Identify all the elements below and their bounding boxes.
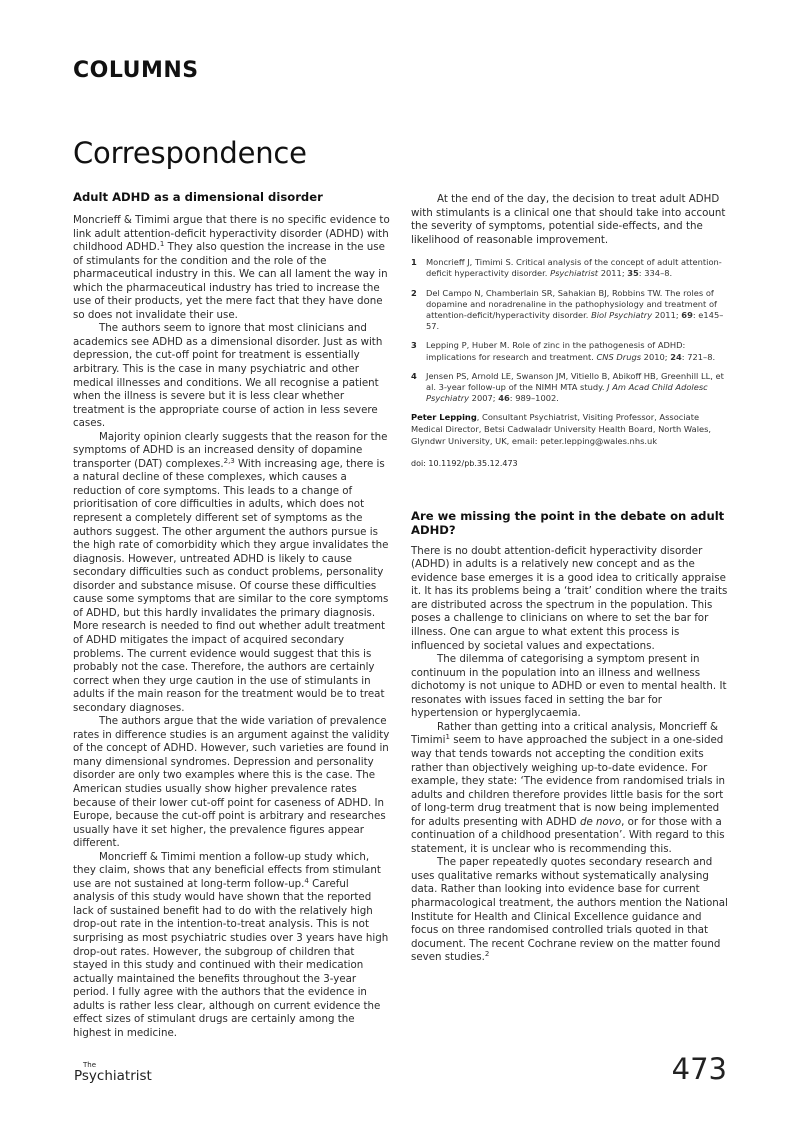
paragraph: Moncrieff & Timimi argue that there is n… <box>73 214 391 322</box>
reference-list: 1Moncrieff J, Timimi S. Critical analysi… <box>411 257 729 404</box>
logo-small-text: The <box>83 1061 96 1069</box>
paragraph: The authors argue that the wide variatio… <box>73 715 391 850</box>
paragraph: Rather than getting into a critical anal… <box>411 721 729 856</box>
paragraph: The paper repeatedly quotes secondary re… <box>411 856 729 964</box>
paragraph: Moncrieff & Timimi mention a follow-up s… <box>73 851 391 1041</box>
paragraph: At the end of the day, the decision to t… <box>411 193 729 247</box>
article-title: Are we missing the point in the debate o… <box>411 509 729 537</box>
paragraph: The authors seem to ignore that most cli… <box>73 322 391 430</box>
article-title: Adult ADHD as a dimensional disorder <box>73 190 391 204</box>
right-column: At the end of the day, the decision to t… <box>411 193 729 965</box>
article-separator <box>411 471 729 509</box>
paragraph: There is no doubt attention-deficit hype… <box>411 545 729 653</box>
reference-item: 4Jensen PS, Arnold LE, Swanson JM, Vitie… <box>411 371 729 405</box>
paragraph: The dilemma of categorising a symptom pr… <box>411 653 729 721</box>
citation-link[interactable]: 2 <box>485 950 489 958</box>
paragraph: Majority opinion clearly suggests that t… <box>73 431 391 715</box>
left-column: Adult ADHD as a dimensional disorder Mon… <box>73 190 391 1040</box>
reference-item: 2Del Campo N, Chamberlain SR, Sahakian B… <box>411 288 729 333</box>
logo-main-text: Psychiatrist <box>74 1068 152 1084</box>
doi-link[interactable]: doi: 10.1192/pb.35.12.473 <box>411 457 729 471</box>
page-title: Correspondence <box>73 136 307 170</box>
reference-item: 3Lepping P, Huber M. Role of zinc in the… <box>411 340 729 362</box>
page-number: 473 <box>672 1052 727 1086</box>
author-info: Peter Lepping, Consultant Psychiatrist, … <box>411 412 729 447</box>
section-label: COLUMNS <box>73 58 199 83</box>
author-name: Peter Lepping <box>411 412 477 422</box>
citation-link[interactable]: 2,3 <box>224 457 235 465</box>
reference-item: 1Moncrieff J, Timimi S. Critical analysi… <box>411 257 729 279</box>
journal-logo: The Psychiatrist <box>74 1068 152 1084</box>
